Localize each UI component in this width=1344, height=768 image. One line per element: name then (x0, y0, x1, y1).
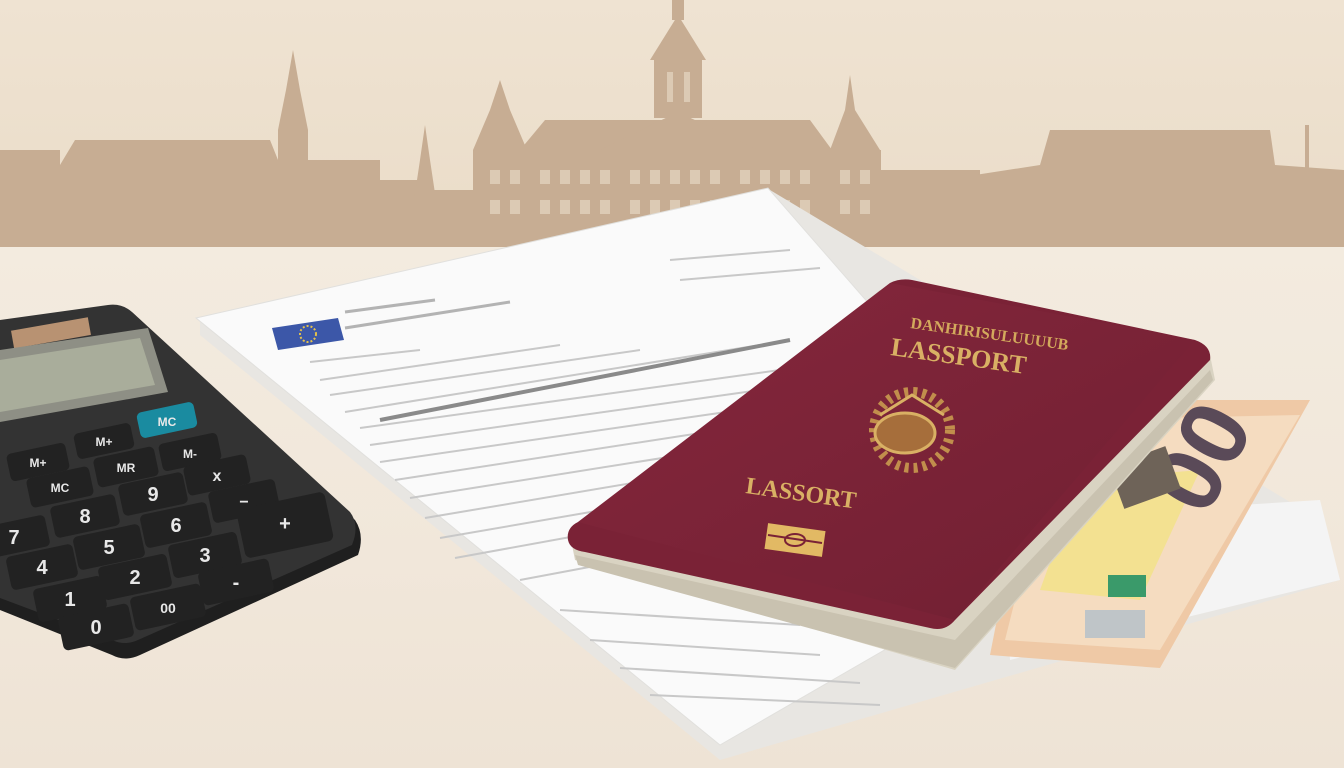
svg-text:7: 7 (8, 527, 19, 549)
svg-text:4: 4 (36, 557, 48, 579)
svg-text:x: x (213, 468, 222, 485)
svg-text:8: 8 (79, 506, 90, 528)
svg-text:1: 1 (64, 589, 75, 611)
svg-text:0: 0 (90, 617, 101, 639)
svg-text:5: 5 (103, 537, 114, 559)
svg-text:M-: M- (183, 447, 197, 461)
svg-text:-: - (233, 572, 240, 594)
svg-text:9: 9 (147, 484, 158, 506)
svg-text:2: 2 (129, 567, 140, 589)
svg-text:00: 00 (160, 600, 176, 616)
calculator: MC M+ M- M+ MR x MC 9 − 8 6 + 7 (0, 0, 1344, 768)
svg-text:3: 3 (199, 545, 210, 567)
svg-text:M+: M+ (95, 435, 112, 449)
svg-text:MC: MC (51, 481, 70, 495)
svg-text:M+: M+ (29, 456, 46, 470)
svg-text:MC: MC (158, 415, 177, 429)
svg-text:MR: MR (117, 461, 136, 475)
svg-text:6: 6 (170, 515, 181, 537)
svg-text:+: + (279, 513, 291, 535)
